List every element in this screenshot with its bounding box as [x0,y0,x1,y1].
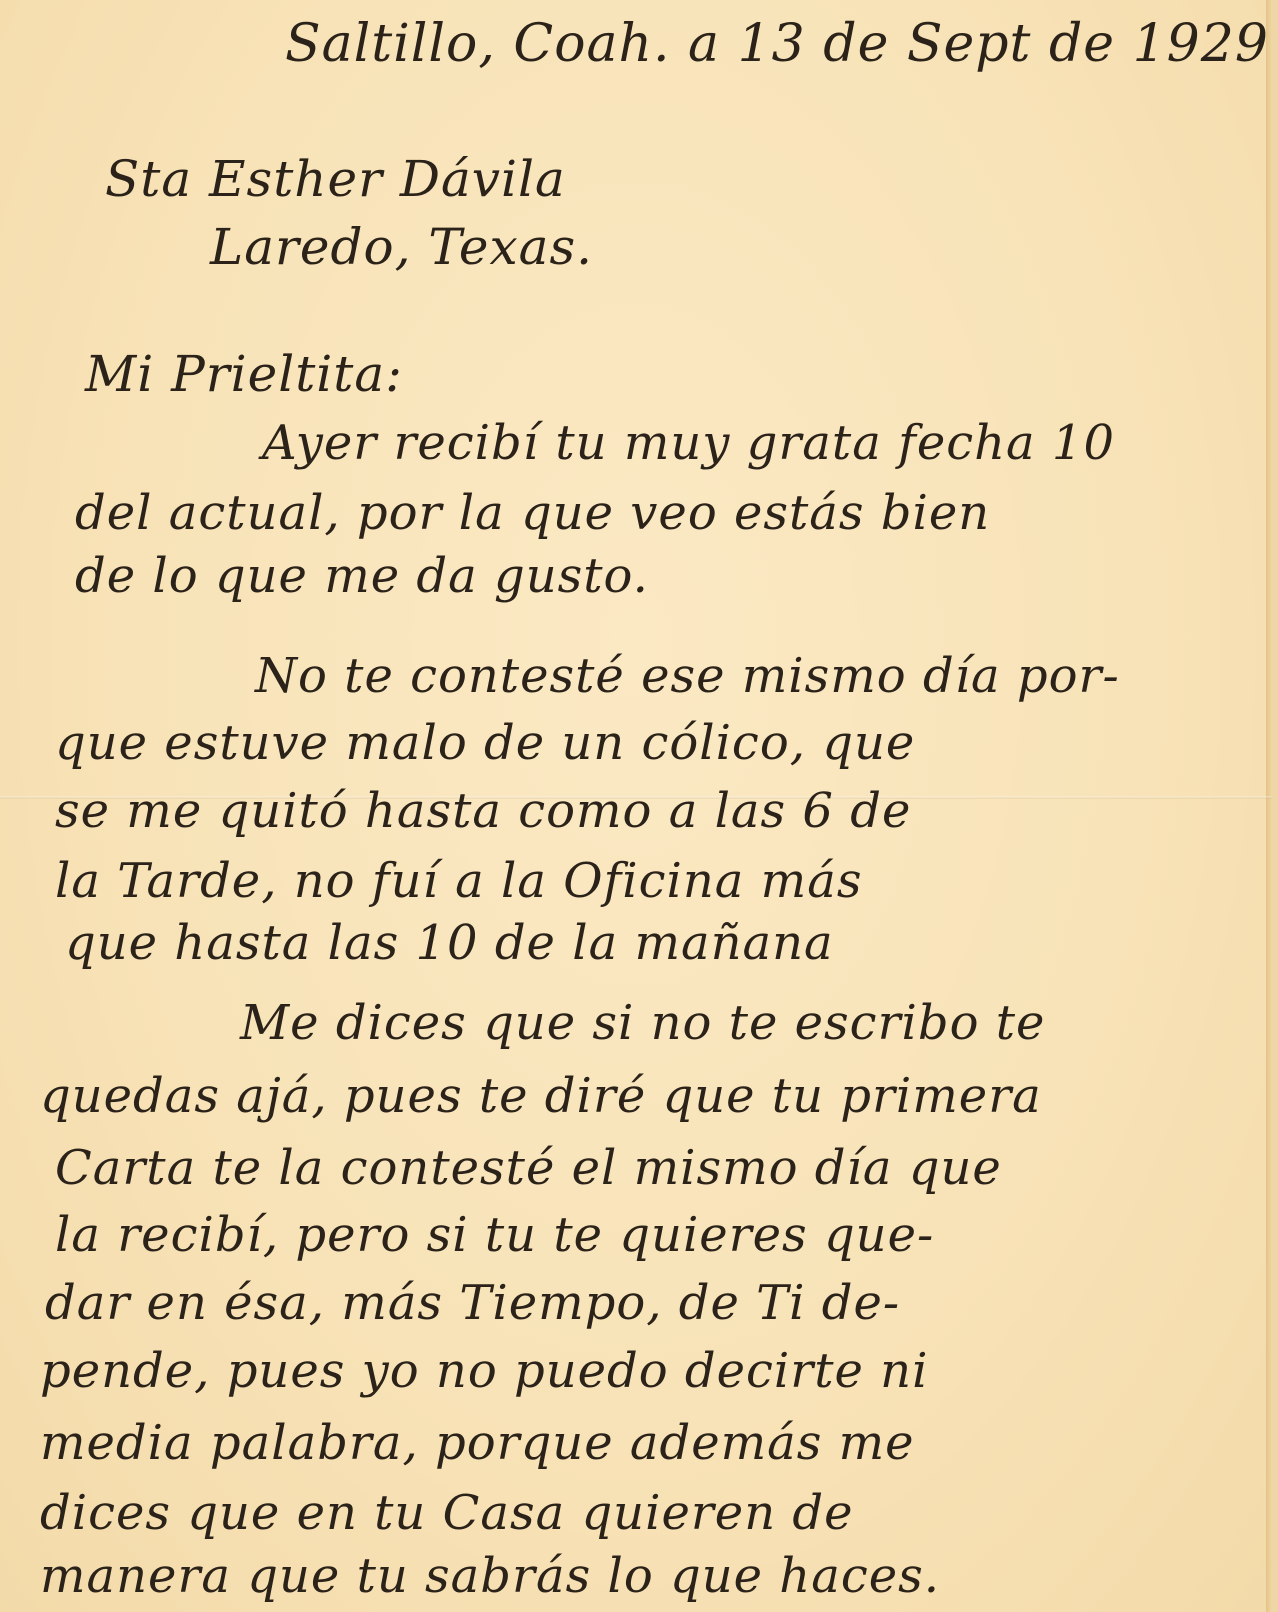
body-line: que hasta las 10 de la mañana [65,915,834,971]
body-line: manera que tu sabrás lo que haces. [40,1548,940,1604]
body-line: No te contesté ese mismo día por- [255,648,1120,704]
body-line: pende, pues yo no puedo decirte ni [40,1343,928,1399]
body-line: media palabra, porque además me [40,1415,915,1471]
letter-page: Saltillo, Coah. a 13 de Sept de 1929 Sta… [0,0,1272,1612]
addressee-city: Laredo, Texas. [210,218,593,276]
addressee-name: Sta Esther Dávila [105,150,566,208]
body-line: Ayer recibí tu muy grata fecha 10 [262,415,1115,471]
body-line: quedas ajá, pues te diré que tu primera [40,1068,1042,1124]
body-line: dices que en tu Casa quieren de [40,1485,854,1541]
body-line: la Tarde, no fuí a la Oficina más [55,853,862,909]
body-line: que estuve malo de un cólico, que [55,715,915,771]
place-date-heading: Saltillo, Coah. a 13 de Sept de 1929 [285,14,1269,74]
body-line: la recibí, pero si tu te quieres que- [55,1207,934,1263]
salutation: Mi Prieltita: [85,345,403,403]
body-line: dar en ésa, más Tiempo, de Ti de- [45,1275,900,1331]
body-line: se me quitó hasta como a las 6 de [55,783,911,839]
body-line: de lo que me da gusto. [75,548,649,604]
body-line: Me dices que si no te escribo te [240,995,1045,1051]
body-line: del actual, por la que veo estás bien [75,485,990,541]
paper-edge [1266,0,1272,1612]
body-line: Carta te la contesté el mismo día que [55,1140,1002,1196]
